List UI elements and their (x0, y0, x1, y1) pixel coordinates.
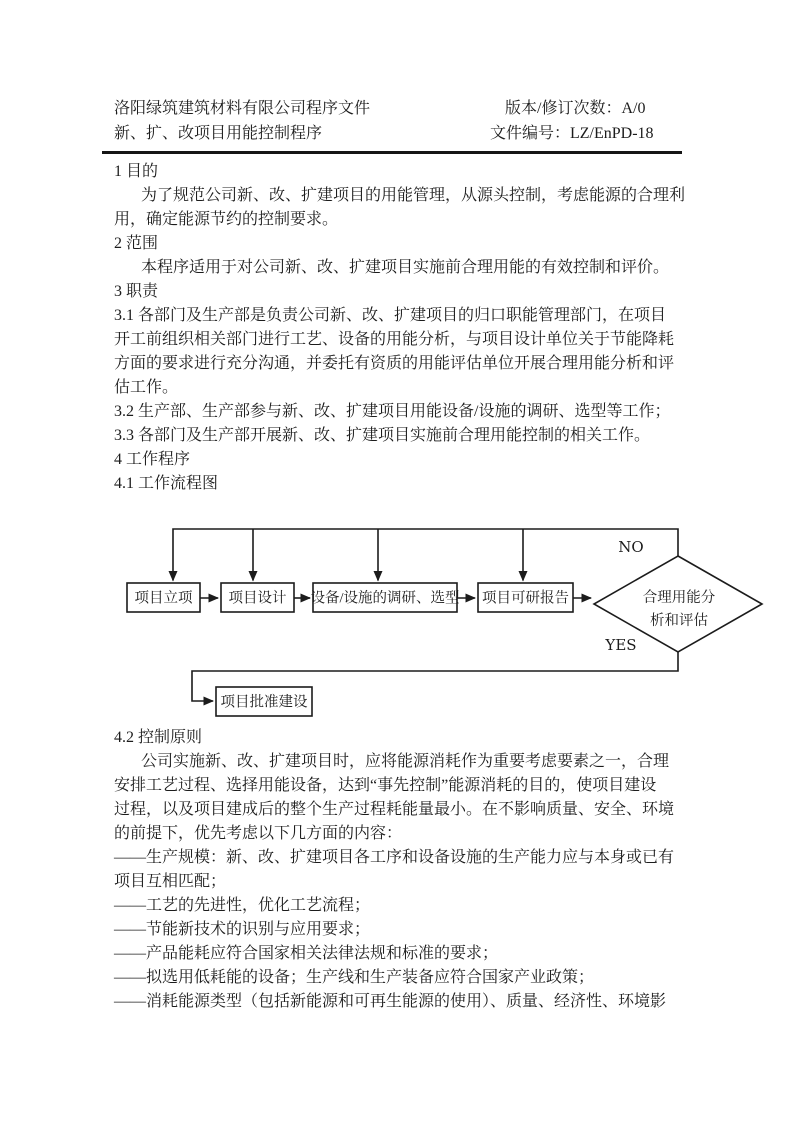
flow-step-label: 项目立项 (135, 590, 193, 607)
body-section-bottom: 4.2 控制原则 公司实施新、改、扩建项目时，应将能源消耗作为重要考虑要素之一，… (114, 726, 674, 1014)
bullet-line: ——生产规模：新、改、扩建项目各工序和设备设施的生产能力应与本身或已有 (114, 846, 674, 870)
bullet-line: ——产品能耗应符合国家相关法律法规和标准的要求； (114, 942, 674, 966)
bullet-continuation-line: 项目互相匹配； (114, 870, 674, 894)
paragraph-line: 公司实施新、改、扩建项目时，应将能源消耗作为重要考虑要素之一，合理 (114, 750, 674, 774)
yes-label: YES (604, 636, 636, 654)
decision-label-line2: 析和评估 (650, 612, 708, 629)
heading-control-principles: 4.2 控制原则 (114, 726, 674, 750)
decision-label-line1: 合理用能分 (643, 589, 716, 606)
paragraph-line: 安排工艺过程、选择用能设备，达到“事先控制”能源消耗的目的，使项目建设 (114, 774, 674, 798)
no-feedback-arrow (173, 529, 678, 581)
flow-step-label: 项目可研报告 (482, 589, 569, 607)
bullet-line: ——工艺的先进性，优化工艺流程； (114, 894, 674, 918)
document-page: 洛阳绿筑建筑材料有限公司程序文件 新、扩、改项目用能控制程序 版本/修订次数：A… (0, 0, 800, 1130)
flow-step-label: 项目设计 (229, 590, 287, 607)
flow-step-label: 设备/设施的调研、选型 (310, 589, 459, 607)
no-label: NO (618, 538, 643, 556)
bullet-line: ——消耗能源类型（包括新能源和可再生能源的使用）、质量、经济性、环境影 (114, 990, 674, 1014)
flow-approval-label: 项目批准建设 (221, 694, 308, 711)
bullet-line: ——拟选用低耗能的设备；生产线和生产装备应符合国家产业政策； (114, 966, 674, 990)
paragraph-line: 过程，以及项目建成后的整个生产过程耗能量最小。在不影响质量、安全、环境 (114, 798, 674, 822)
paragraph-line: 的前提下，优先考虑以下几方面的内容： (114, 822, 674, 846)
bullet-line: ——节能新技术的识别与应用要求； (114, 918, 674, 942)
